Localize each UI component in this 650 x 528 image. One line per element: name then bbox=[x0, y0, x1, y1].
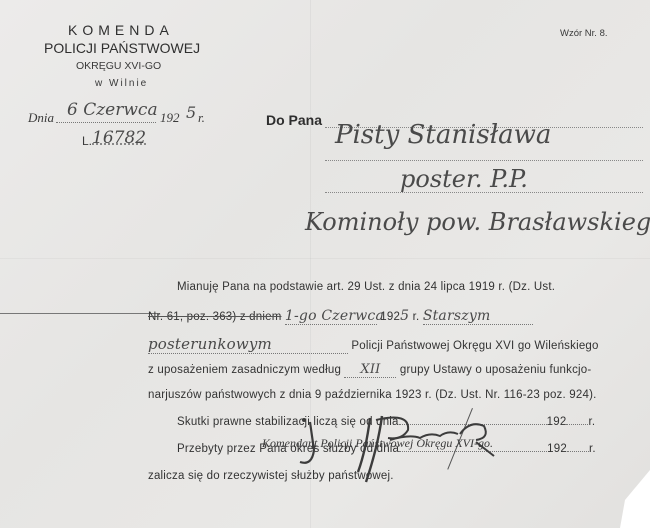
date-label: Dnia bbox=[28, 110, 54, 126]
rank-continuation-handwritten: posterunkowym bbox=[148, 335, 272, 353]
salary-group-field: XII bbox=[344, 362, 396, 378]
date-handwritten: 6 Czerwca bbox=[67, 100, 158, 120]
date-year-handwritten: 5 bbox=[186, 103, 196, 122]
body-line-4: z uposażeniem zasadniczym według XII gru… bbox=[148, 362, 591, 378]
salary-group-handwritten: XII bbox=[360, 362, 380, 377]
paper-fold bbox=[0, 258, 650, 259]
date-suffix: r. bbox=[198, 110, 205, 126]
appointment-year-handwritten: 5 bbox=[400, 308, 409, 324]
struck-reference: Nr. 61, poz. 363) z dniem bbox=[148, 311, 281, 323]
service-year: 192 bbox=[547, 443, 567, 455]
signatory-title: Komendant Policji Państwowej Okręgu XVI-… bbox=[262, 436, 493, 451]
stabilization-year-suffix: r. bbox=[588, 416, 595, 428]
appointment-year-suffix: r. bbox=[413, 311, 420, 323]
body-line-5: narjuszów państwowych z dnia 9 październ… bbox=[148, 389, 597, 401]
form-number: Wzór Nr. 8. bbox=[560, 28, 608, 39]
recipient-label: Do Pana bbox=[266, 112, 322, 128]
body-line-2: Nr. 61, poz. 363) z dniem 1-go Czerwca 1… bbox=[148, 308, 533, 325]
recipient-name: Pisty Stanisława bbox=[335, 120, 551, 150]
rank-handwritten: Starszym bbox=[423, 308, 491, 324]
recipient-location: Kominoły pow. Brasławskiego bbox=[305, 208, 650, 236]
letterhead-okregu: OKRĘGU XVI-GO bbox=[76, 60, 161, 72]
service-year-suffix: r. bbox=[589, 443, 596, 455]
address-line-2 bbox=[325, 160, 643, 161]
strike-mark bbox=[0, 313, 160, 314]
date-year-prefix: 192 bbox=[160, 110, 180, 126]
appointment-date-field: 1-go Czerwca bbox=[285, 308, 377, 325]
letterhead-komenda: KOMENDA bbox=[68, 22, 174, 38]
recipient-rank: poster. P.P. bbox=[400, 165, 528, 193]
stabilization-year-field bbox=[566, 424, 588, 425]
letterhead-policji: POLICJI PAŃSTWOWEJ bbox=[44, 40, 200, 56]
appointment-date-handwritten: 1-go Czerwca bbox=[285, 308, 384, 324]
rank-field: Starszym bbox=[423, 308, 533, 325]
unit-text: Policji Państwowej Okręgu XVI go Wileńsk… bbox=[351, 340, 598, 352]
salary-text: z uposażeniem zasadniczym według bbox=[148, 364, 341, 376]
body-line-1: Mianuję Pana na podstawie art. 29 Ust. z… bbox=[177, 281, 555, 293]
rank-continuation-field: posterunkowym bbox=[148, 335, 348, 354]
body-line-3: posterunkowym Policji Państwowej Okręgu … bbox=[148, 335, 599, 354]
reference-number: 16782 bbox=[92, 128, 146, 148]
reference-label: L. bbox=[82, 134, 92, 148]
letterhead-city: w Wilnie bbox=[95, 78, 148, 89]
salary-text-cont: grupy Ustawy o uposażeniu funkcjo- bbox=[400, 364, 592, 376]
appointment-year-prefix: 192 bbox=[380, 311, 400, 323]
service-year-field bbox=[567, 451, 589, 452]
